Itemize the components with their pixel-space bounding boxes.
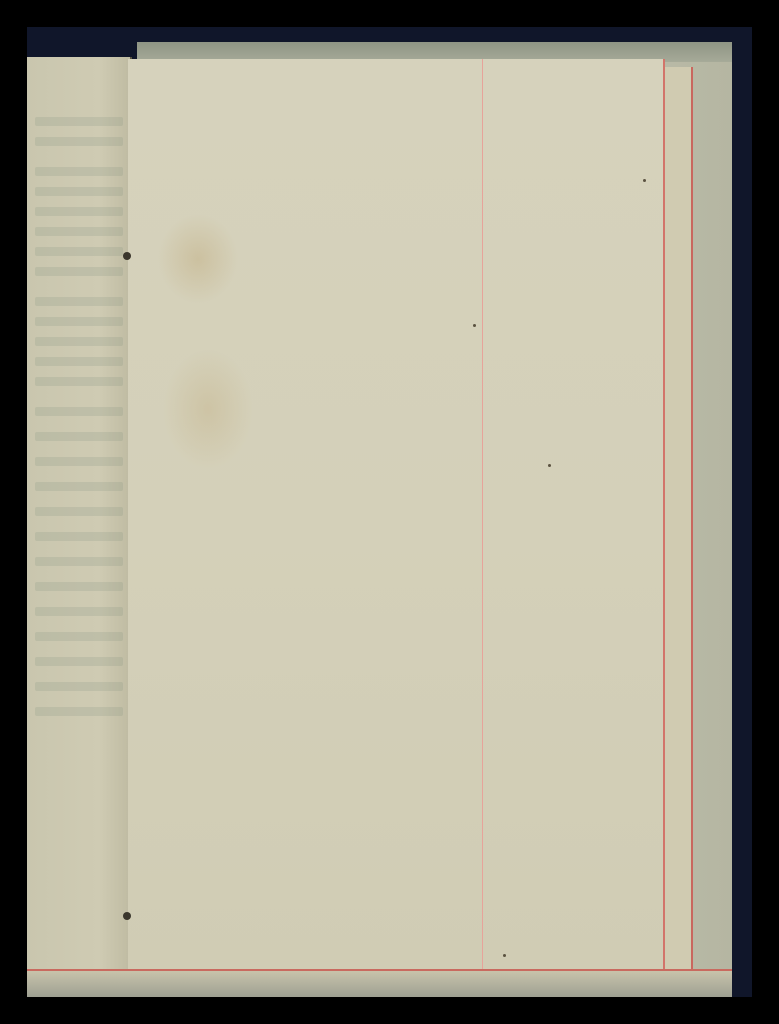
showthrough-text-line bbox=[35, 117, 123, 126]
showthrough-text-line bbox=[35, 582, 123, 591]
showthrough-text-line bbox=[35, 682, 123, 691]
showthrough-text-line bbox=[35, 337, 123, 346]
showthrough-text-line bbox=[35, 267, 123, 276]
showthrough-text-line bbox=[35, 532, 123, 541]
showthrough-text-line bbox=[35, 357, 123, 366]
showthrough-text-line bbox=[35, 207, 123, 216]
showthrough-text-line bbox=[35, 557, 123, 566]
paper-speck bbox=[548, 464, 551, 467]
red-ruled-line bbox=[482, 59, 483, 994]
binding-knot bbox=[123, 252, 131, 260]
scanned-book-spread bbox=[27, 27, 752, 997]
paper-speck bbox=[643, 179, 646, 182]
showthrough-text-line bbox=[35, 137, 123, 146]
showthrough-text-line bbox=[35, 432, 123, 441]
binding-knot bbox=[123, 912, 131, 920]
right-page-blank bbox=[128, 59, 665, 996]
book-bottom-edge bbox=[27, 969, 732, 997]
paper-speck bbox=[503, 954, 506, 957]
showthrough-text-line bbox=[35, 607, 123, 616]
showthrough-text-line bbox=[35, 247, 123, 256]
paper-speck bbox=[473, 324, 476, 327]
left-page bbox=[27, 57, 132, 995]
showthrough-text-line bbox=[35, 457, 123, 466]
page-edge-stack bbox=[663, 67, 693, 997]
showthrough-text-line bbox=[35, 657, 123, 666]
showthrough-text-line bbox=[35, 317, 123, 326]
showthrough-text-line bbox=[35, 482, 123, 491]
showthrough-text-line bbox=[35, 507, 123, 516]
showthrough-text-line bbox=[35, 707, 123, 716]
showthrough-text-line bbox=[35, 297, 123, 306]
showthrough-text-line bbox=[35, 227, 123, 236]
showthrough-text-line bbox=[35, 167, 123, 176]
showthrough-text-line bbox=[35, 377, 123, 386]
showthrough-text-line bbox=[35, 407, 123, 416]
showthrough-text-line bbox=[35, 632, 123, 641]
showthrough-text-line bbox=[35, 187, 123, 196]
